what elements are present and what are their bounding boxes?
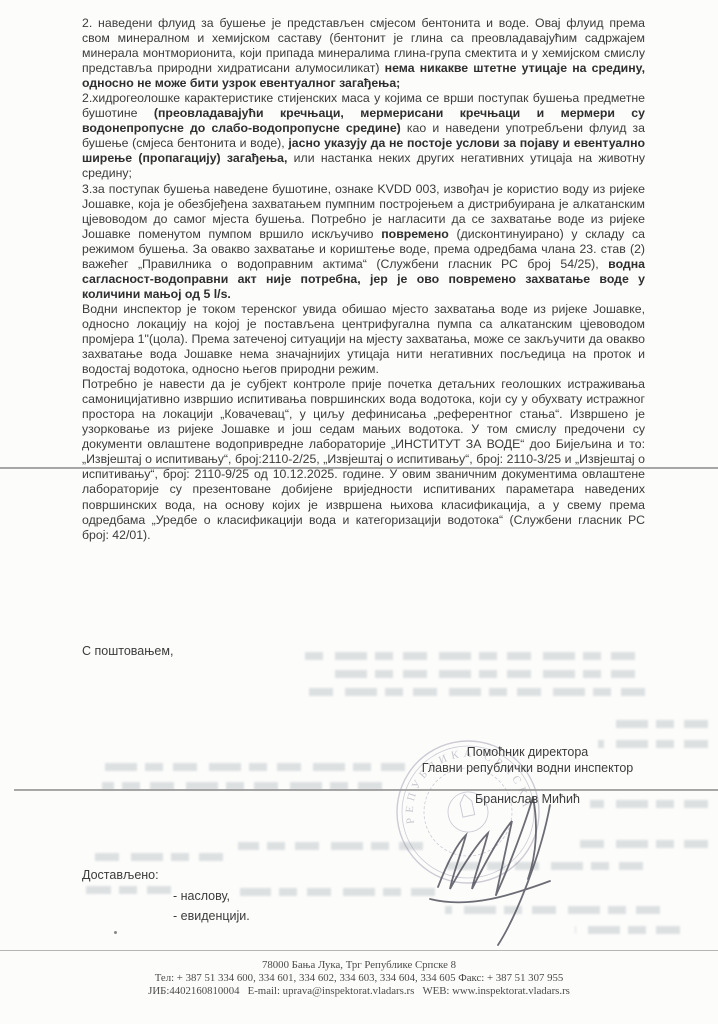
text-segment: Водни инспектор је током теренског увида… bbox=[82, 302, 645, 376]
signatory-subtitle: Главни републички водни инспектор bbox=[405, 761, 650, 775]
distribution-label: Достављено: bbox=[82, 868, 159, 882]
paragraph: 2.хидрогеолошке карактеристике стијенски… bbox=[82, 91, 645, 181]
footer-divider bbox=[0, 950, 718, 951]
paragraph: 2. наведени флуид за бушење је представљ… bbox=[82, 16, 645, 91]
paragraph: 3.за поступак бушења наведене бушотине, … bbox=[82, 182, 645, 302]
bleedthrough-line bbox=[100, 763, 405, 771]
bleedthrough-line bbox=[86, 886, 171, 894]
text-segment: Потребно је навести да је субјект контро… bbox=[82, 377, 645, 541]
footer-ids-email-web: ЈИБ:4402160810004 E-mail: uprava@inspekt… bbox=[0, 985, 718, 998]
fold-line bbox=[0, 467, 718, 469]
bleedthrough-line bbox=[335, 670, 635, 678]
footer-phone-fax: Тел: + 387 51 334 600, 334 601, 334 602,… bbox=[0, 972, 718, 985]
scanned-document-page: 2. наведени флуид за бушење је представљ… bbox=[0, 0, 718, 1024]
bold-text-segment: повремено bbox=[381, 227, 449, 241]
signatory-title: Помоћник директора bbox=[405, 745, 650, 759]
scan-speck bbox=[114, 931, 117, 934]
signatory-name: Бранислав Мићић bbox=[405, 792, 650, 806]
signature-block: Помоћник директора Главни републички вод… bbox=[405, 745, 650, 806]
distribution-item: - евиденцији. bbox=[173, 906, 250, 926]
paragraph: Водни инспектор је током теренског увида… bbox=[82, 302, 645, 377]
bleedthrough-line bbox=[305, 652, 635, 660]
paragraph: Потребно је навести да је субјект контро… bbox=[82, 377, 645, 543]
footer-address: 78000 Бања Лука, Трг Републике Српске 8 bbox=[0, 959, 718, 972]
distribution-list: - наслову, - евиденцији. bbox=[173, 886, 250, 926]
distribution-item: - наслову, bbox=[173, 886, 250, 906]
bleedthrough-line bbox=[612, 720, 708, 728]
bleedthrough-line bbox=[88, 853, 223, 861]
bleedthrough-line bbox=[300, 688, 645, 696]
letterhead-footer: 78000 Бања Лука, Трг Републике Српске 8 … bbox=[0, 959, 718, 999]
closing-salutation: С поштовањем, bbox=[82, 644, 173, 658]
document-body: 2. наведени флуид за бушење је представљ… bbox=[82, 16, 645, 543]
